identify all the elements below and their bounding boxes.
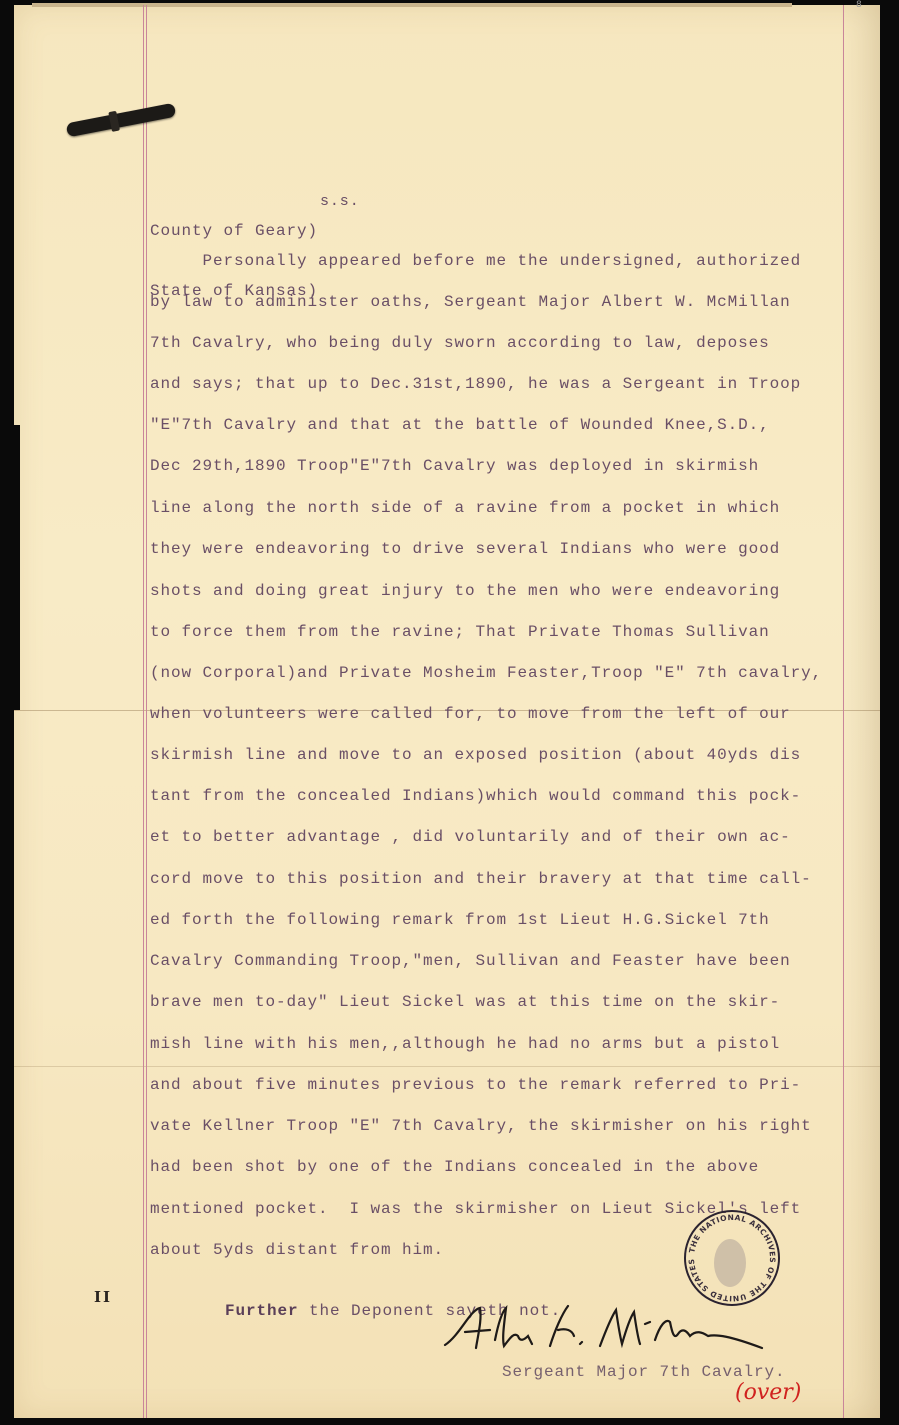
affidavit-body: Personally appeared before me the unders… xyxy=(150,0,171,520)
body-line: when volunteers were called for, to move… xyxy=(150,704,791,724)
body-line: Dec 29th,1890 Troop"E"7th Cavalry was de… xyxy=(150,456,759,476)
caption-ss: s.s. xyxy=(320,192,360,212)
body-line: "E"7th Cavalry and that at the battle of… xyxy=(150,415,770,435)
margin-mark: II xyxy=(94,1288,112,1306)
caption-county: County of Geary) xyxy=(150,221,318,241)
body-line: Personally appeared before me the unders… xyxy=(150,251,801,271)
body-line: by law to administer oaths, Sergeant Maj… xyxy=(150,292,791,312)
body-line: line along the north side of a ravine fr… xyxy=(150,498,780,518)
body-line: et to better advantage , did voluntarily… xyxy=(150,827,791,847)
body-line: Cavalry Commanding Troop,"men, Sullivan … xyxy=(150,951,791,971)
body-line: had been shot by one of the Indians conc… xyxy=(150,1157,759,1177)
body-line: and says; that up to Dec.31st,1890, he w… xyxy=(150,374,801,394)
handwritten-signature xyxy=(440,1300,770,1360)
body-line: mish line with his men,,although he had … xyxy=(150,1034,780,1054)
body-line: and about five minutes previous to the r… xyxy=(150,1075,801,1095)
body-line: 7th Cavalry, who being duly sworn accord… xyxy=(150,333,770,353)
body-line: skirmish line and move to an exposed pos… xyxy=(150,745,801,765)
left-margin-rule xyxy=(143,5,147,1418)
signer-title: Sergeant Major 7th Cavalry. xyxy=(502,1362,786,1382)
body-line: cord move to this position and their bra… xyxy=(150,869,812,889)
body-line: they were endeavoring to drive several I… xyxy=(150,539,780,559)
national-archives-seal-icon: THE NATIONAL ARCHIVES OF THE UNITED STAT… xyxy=(682,1208,782,1308)
corner-mark: 8 xyxy=(856,0,862,10)
body-line: vate Kellner Troop "E" 7th Cavalry, the … xyxy=(150,1116,812,1136)
body-line: shots and doing great injury to the men … xyxy=(150,581,780,601)
over-note: (over) xyxy=(735,1380,801,1405)
body-line: ed forth the following remark from 1st L… xyxy=(150,910,770,930)
body-line: (now Corporal)and Private Mosheim Feaste… xyxy=(150,663,822,683)
body-line: tant from the concealed Indians)which wo… xyxy=(150,786,801,806)
paper-left-notch xyxy=(0,425,20,710)
paper-right-shade xyxy=(840,5,880,1418)
right-margin-rule xyxy=(843,5,844,1418)
body-line: brave men to-day" Lieut Sickel was at th… xyxy=(150,992,780,1012)
body-line: to force them from the ravine; That Priv… xyxy=(150,622,770,642)
body-line: about 5yds distant from him. xyxy=(150,1240,444,1260)
closing-first-word: Further xyxy=(225,1302,299,1320)
